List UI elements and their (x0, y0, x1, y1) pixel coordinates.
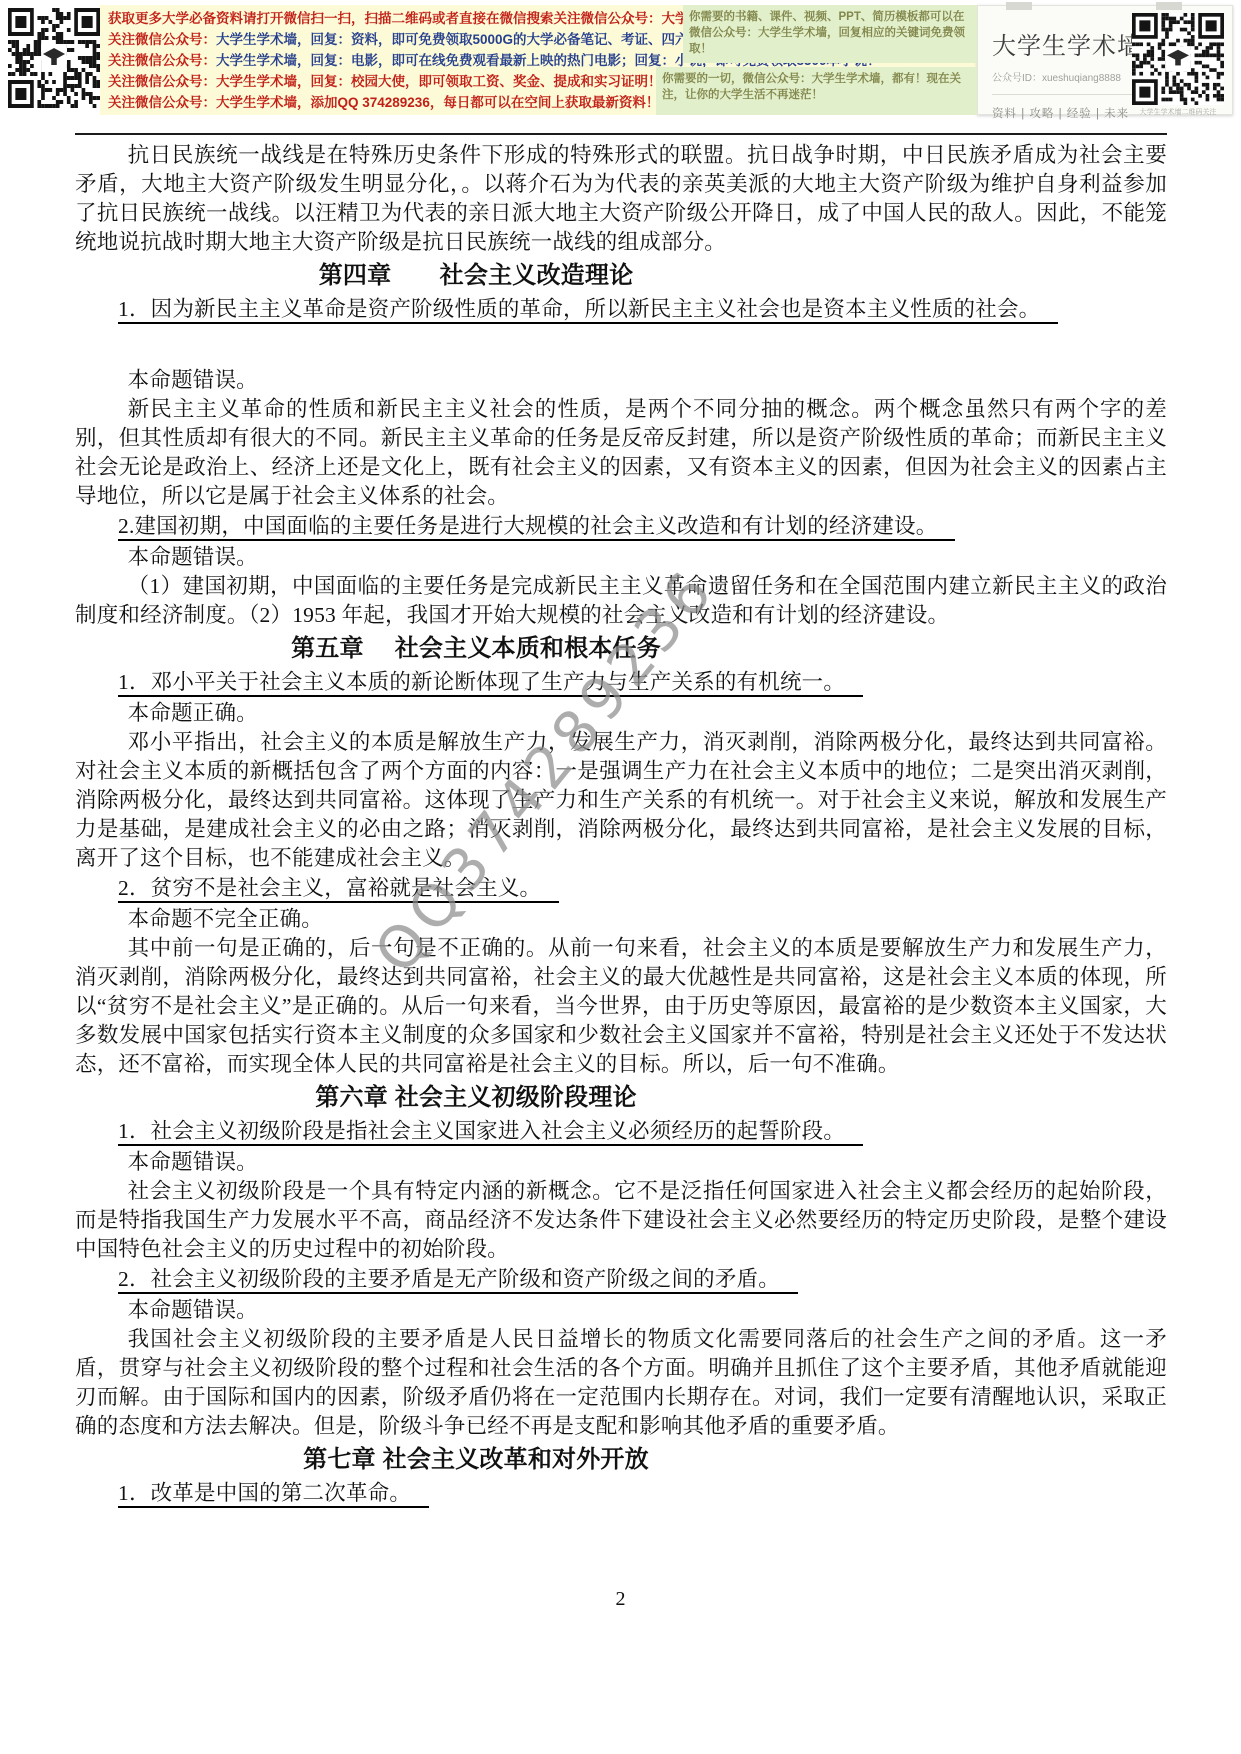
paragraph: 邓小平指出，社会主义的本质是解放生产力，发展生产力，消灭剥削，消除两极分化，最终… (75, 728, 1167, 873)
promo-text-panel: 获取更多大学必备资料请打开微信扫一扫，扫描二维码或者直接在微信搜索关注微信公众号… (100, 5, 977, 115)
question-text: 1．因为新民主主义革命是资产阶级性质的革命，所以新民主主义社会也是资本主义性质的… (118, 297, 1058, 324)
question-text: 1．改革是中国的第二次革命。 (118, 1481, 429, 1508)
promo-line-prefix: 关注微信公众号： (108, 95, 216, 110)
question-text: 2．贫穷不是社会主义，富裕就是社会主义。 (118, 876, 559, 903)
promo-green-box-top: 你需要的书籍、课件、视频、PPT、简历模板都可以在微信公众号：大学生学术墙，回复… (683, 5, 977, 63)
question-line: 1．改革是中国的第二次革命。 (75, 1479, 1167, 1508)
promo-line-prefix: 关注微信公众号： (108, 74, 216, 89)
brand-card: 大学生学术墙 公众号ID：xueshuqiang8888 资料 | 攻略 | 经… (977, 5, 1233, 115)
wechat-qr-right-wrap: 大学生学术墙二维码关注 (1132, 13, 1224, 117)
brand-card-text: 大学生学术墙 公众号ID：xueshuqiang8888 资料 | 攻略 | 经… (978, 6, 1150, 114)
chapter-heading: 第七章 社会主义改革和对外开放 (75, 1444, 1167, 1476)
paragraph: 抗日民族统一战线是在特殊历史条件下形成的特殊形式的联盟。抗日战争时期，中日民族矛… (75, 141, 1167, 257)
chapter-heading: 第六章 社会主义初级阶段理论 (75, 1082, 1167, 1114)
answer-line: 本命题错误。 (75, 1148, 1167, 1177)
chapter-heading: 第四章 社会主义改造理论 (75, 260, 1167, 292)
promo-line-text: 大学生学术墙，添加QQ 374289236，每日都可以在空间上获取最新资料！ (216, 95, 659, 110)
spacer (75, 326, 1167, 366)
chapter-heading: 第五章 社会主义本质和根本任务 (75, 633, 1167, 665)
paragraph: 社会主义初级阶段是一个具有特定内涵的新概念。它不是泛指任何国家进入社会主义都会经… (75, 1177, 1167, 1264)
answer-line: 本命题错误。 (75, 366, 1167, 395)
wechat-qr-left-icon (8, 8, 100, 108)
brand-account-id: 公众号ID：xueshuqiang8888 (992, 69, 1150, 84)
header-rule (75, 133, 1167, 135)
promo-line-text: 获取更多大学必备资料请打开微信扫一扫，扫描二维码或者直接在微信搜索关注微信公众号… (108, 11, 743, 26)
question-line: 2．贫穷不是社会主义，富裕就是社会主义。 (75, 874, 1167, 903)
promo-green-box-bottom: 你需要的一切，微信公众号：大学生学术墙，都有！现在关注，让你的大学生活不再迷茫！ (656, 67, 977, 115)
question-line: 1．邓小平关于社会主义本质的新论断体现了生产力与生产关系的有机统一。 (75, 668, 1167, 697)
tape-tab (1156, 2, 1182, 10)
question-line: 2.建国初期，中国面临的主要任务是进行大规模的社会主义改造和有计划的经济建设。 (75, 512, 1167, 541)
wechat-qr-right-icon (1132, 13, 1224, 105)
paragraph: 其中前一句是正确的，后一句是不正确的。从前一句来看，社会主义的本质是要解放生产力… (75, 934, 1167, 1079)
brand-tagline: 资料 | 攻略 | 经验 | 未来 (992, 105, 1150, 121)
answer-line: 本命题错误。 (75, 543, 1167, 572)
question-text: 1．社会主义初级阶段是指社会主义国家进入社会主义必须经历的起誓阶段。 (118, 1119, 863, 1146)
promo-line-text: 大学生学术墙，回复：校园大使，即可领取工资、奖金、提成和实习证明！ (216, 74, 662, 89)
tape-tab (1006, 2, 1032, 10)
question-text: 1．邓小平关于社会主义本质的新论断体现了生产力与生产关系的有机统一。 (118, 670, 863, 697)
card-divider (992, 94, 1142, 95)
answer-line: 本命题不完全正确。 (75, 905, 1167, 934)
question-text: 2.建国初期，中国面临的主要任务是进行大规模的社会主义改造和有计划的经济建设。 (118, 514, 955, 541)
answer-line: 本命题正确。 (75, 699, 1167, 728)
promo-line-prefix: 关注微信公众号： (108, 32, 216, 47)
question-text: 2．社会主义初级阶段的主要矛盾是无产阶级和资产阶级之间的矛盾。 (118, 1267, 798, 1294)
question-line: 1．社会主义初级阶段是指社会主义国家进入社会主义必须经历的起誓阶段。 (75, 1117, 1167, 1146)
paragraph: （1）建国初期，中国面临的主要任务是完成新民主主义革命遗留任务和在全国范围内建立… (75, 572, 1167, 630)
qr-caption: 大学生学术墙二维码关注 (1132, 107, 1224, 117)
answer-line: 本命题错误。 (75, 1296, 1167, 1325)
paragraph: 我国社会主义初级阶段的主要矛盾是人民日益增长的物质文化需要同落后的社会生产之间的… (75, 1325, 1167, 1441)
paragraph: 新民主主义革命的性质和新民主主义社会的性质，是两个不同分抽的概念。两个概念虽然只… (75, 395, 1167, 511)
promo-line-prefix: 关注微信公众号： (108, 53, 216, 68)
question-line: 1．因为新民主主义革命是资产阶级性质的革命，所以新民主主义社会也是资本主义性质的… (75, 295, 1167, 324)
promo-header-banner: 获取更多大学必备资料请打开微信扫一扫，扫描二维码或者直接在微信搜索关注微信公众号… (8, 5, 1233, 115)
page-number: 2 (0, 1588, 1241, 1611)
brand-title: 大学生学术墙 (992, 26, 1150, 61)
document-body: 抗日民族统一战线是在特殊历史条件下形成的特殊形式的联盟。抗日战争时期，中日民族矛… (75, 141, 1167, 1510)
question-line: 2．社会主义初级阶段的主要矛盾是无产阶级和资产阶级之间的矛盾。 (75, 1265, 1167, 1294)
